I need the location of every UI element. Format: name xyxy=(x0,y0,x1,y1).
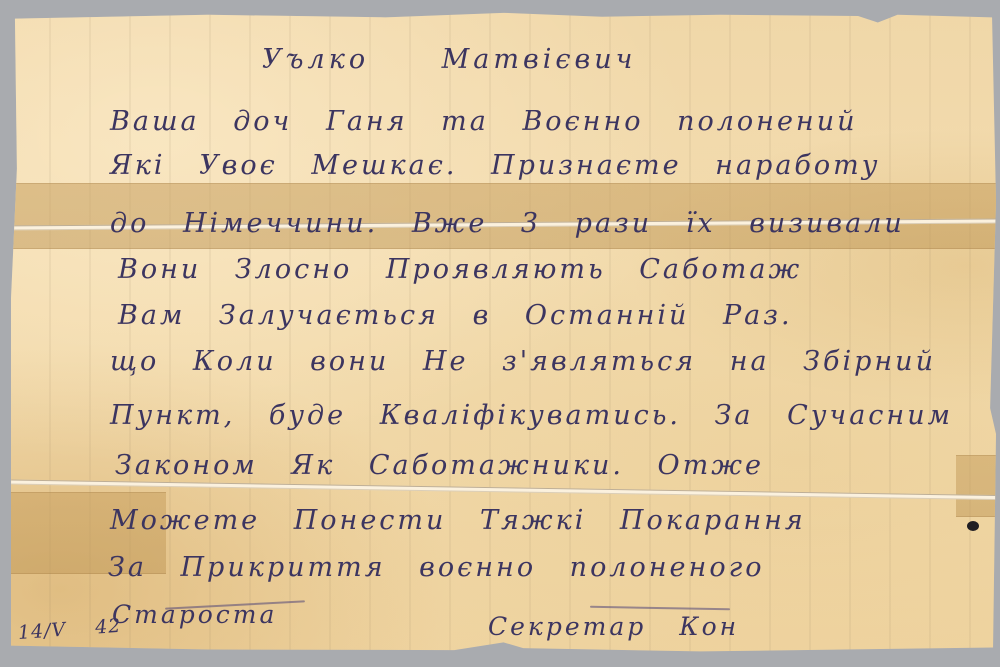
body-line-1: Ваша доч Ганя та Воєнно полонений xyxy=(110,106,857,137)
body-line-2: Які Увоє Мешкає. Признаєте наработу xyxy=(110,150,880,181)
body-line-9: Можете Понести Тяжкі Покарання xyxy=(110,505,806,536)
signature-secretary: Секретар Кон xyxy=(488,612,739,641)
body-line-4: Вони Злосно Проявляють Саботаж xyxy=(118,254,802,285)
punch-hole xyxy=(967,521,979,531)
body-line-3: до Німеччини. Вже 3 рази їх визивали xyxy=(110,208,905,239)
body-line-10: За Прикриття воєнно полоненого xyxy=(108,552,764,583)
secretary-initials: Кон xyxy=(679,612,739,641)
salutation: Уълко Матвієвич xyxy=(262,44,636,75)
body-line-5: Вам Залучається в Останній Раз. xyxy=(118,300,793,331)
body-line-7: Пункт, буде Кваліфікуватись. За Сучасним xyxy=(110,400,953,431)
tape-strip-right xyxy=(956,455,996,517)
body-line-6: що Коли вони Не з'являться на Збірний xyxy=(110,346,936,377)
secretary-label: Секретар xyxy=(488,612,646,641)
body-line-8: Законом Як Саботажники. Отже xyxy=(115,450,764,481)
